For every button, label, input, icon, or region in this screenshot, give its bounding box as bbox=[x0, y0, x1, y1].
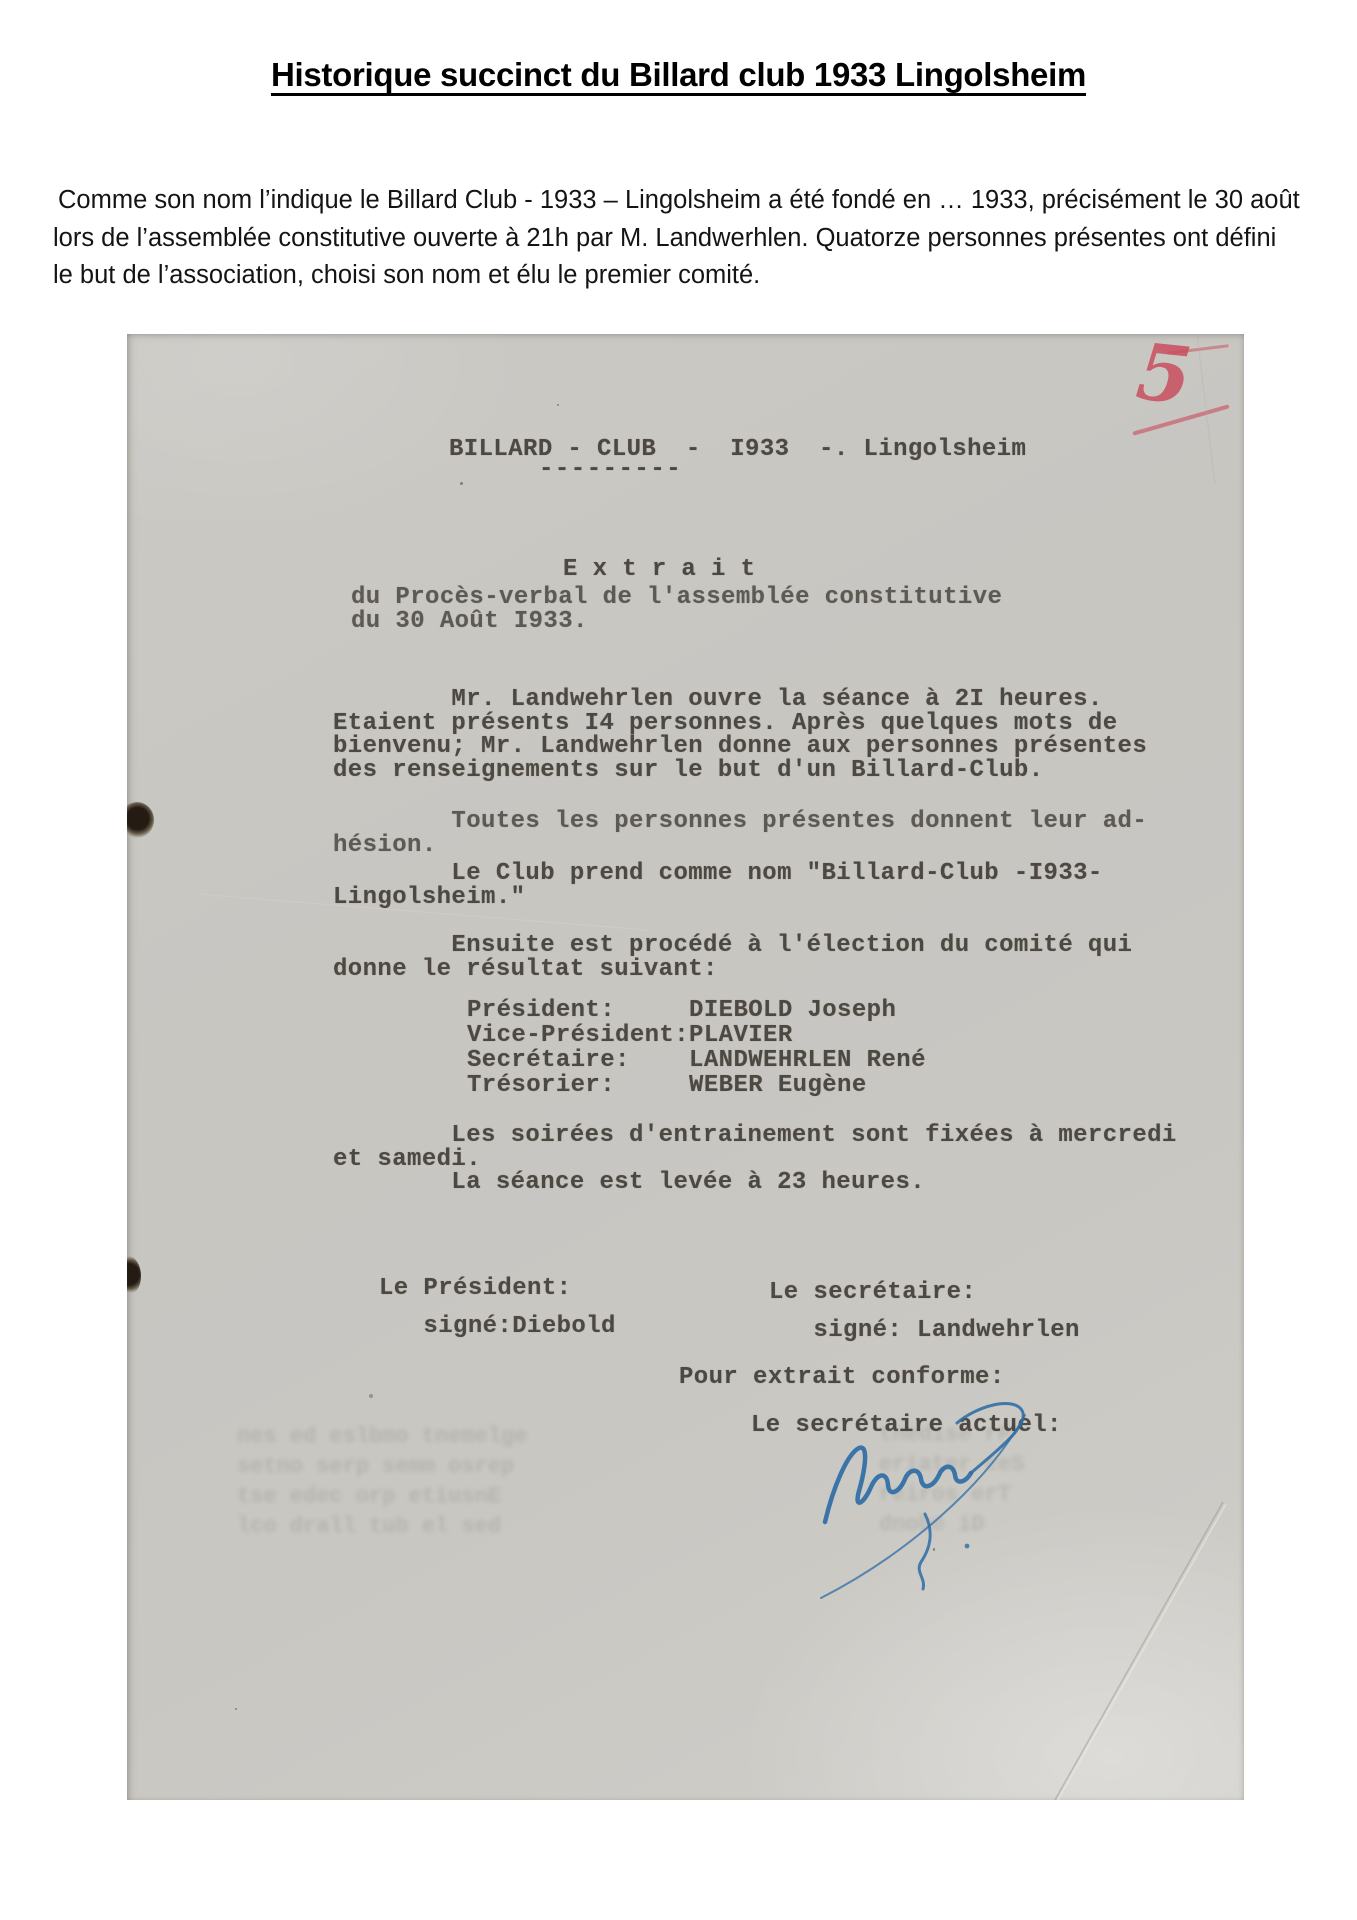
scanned-document: 5 BILLARD - CLUB - I933 -. Lingolsheim -… bbox=[127, 334, 1244, 1800]
page-title: Historique succinct du Billard club 1933… bbox=[0, 56, 1357, 94]
intro-paragraph: Comme son nom l’indique le Billard Club … bbox=[53, 182, 1321, 295]
document-page: Historique succinct du Billard club 1933… bbox=[0, 0, 1357, 1920]
paper-crease bbox=[127, 334, 1244, 1800]
